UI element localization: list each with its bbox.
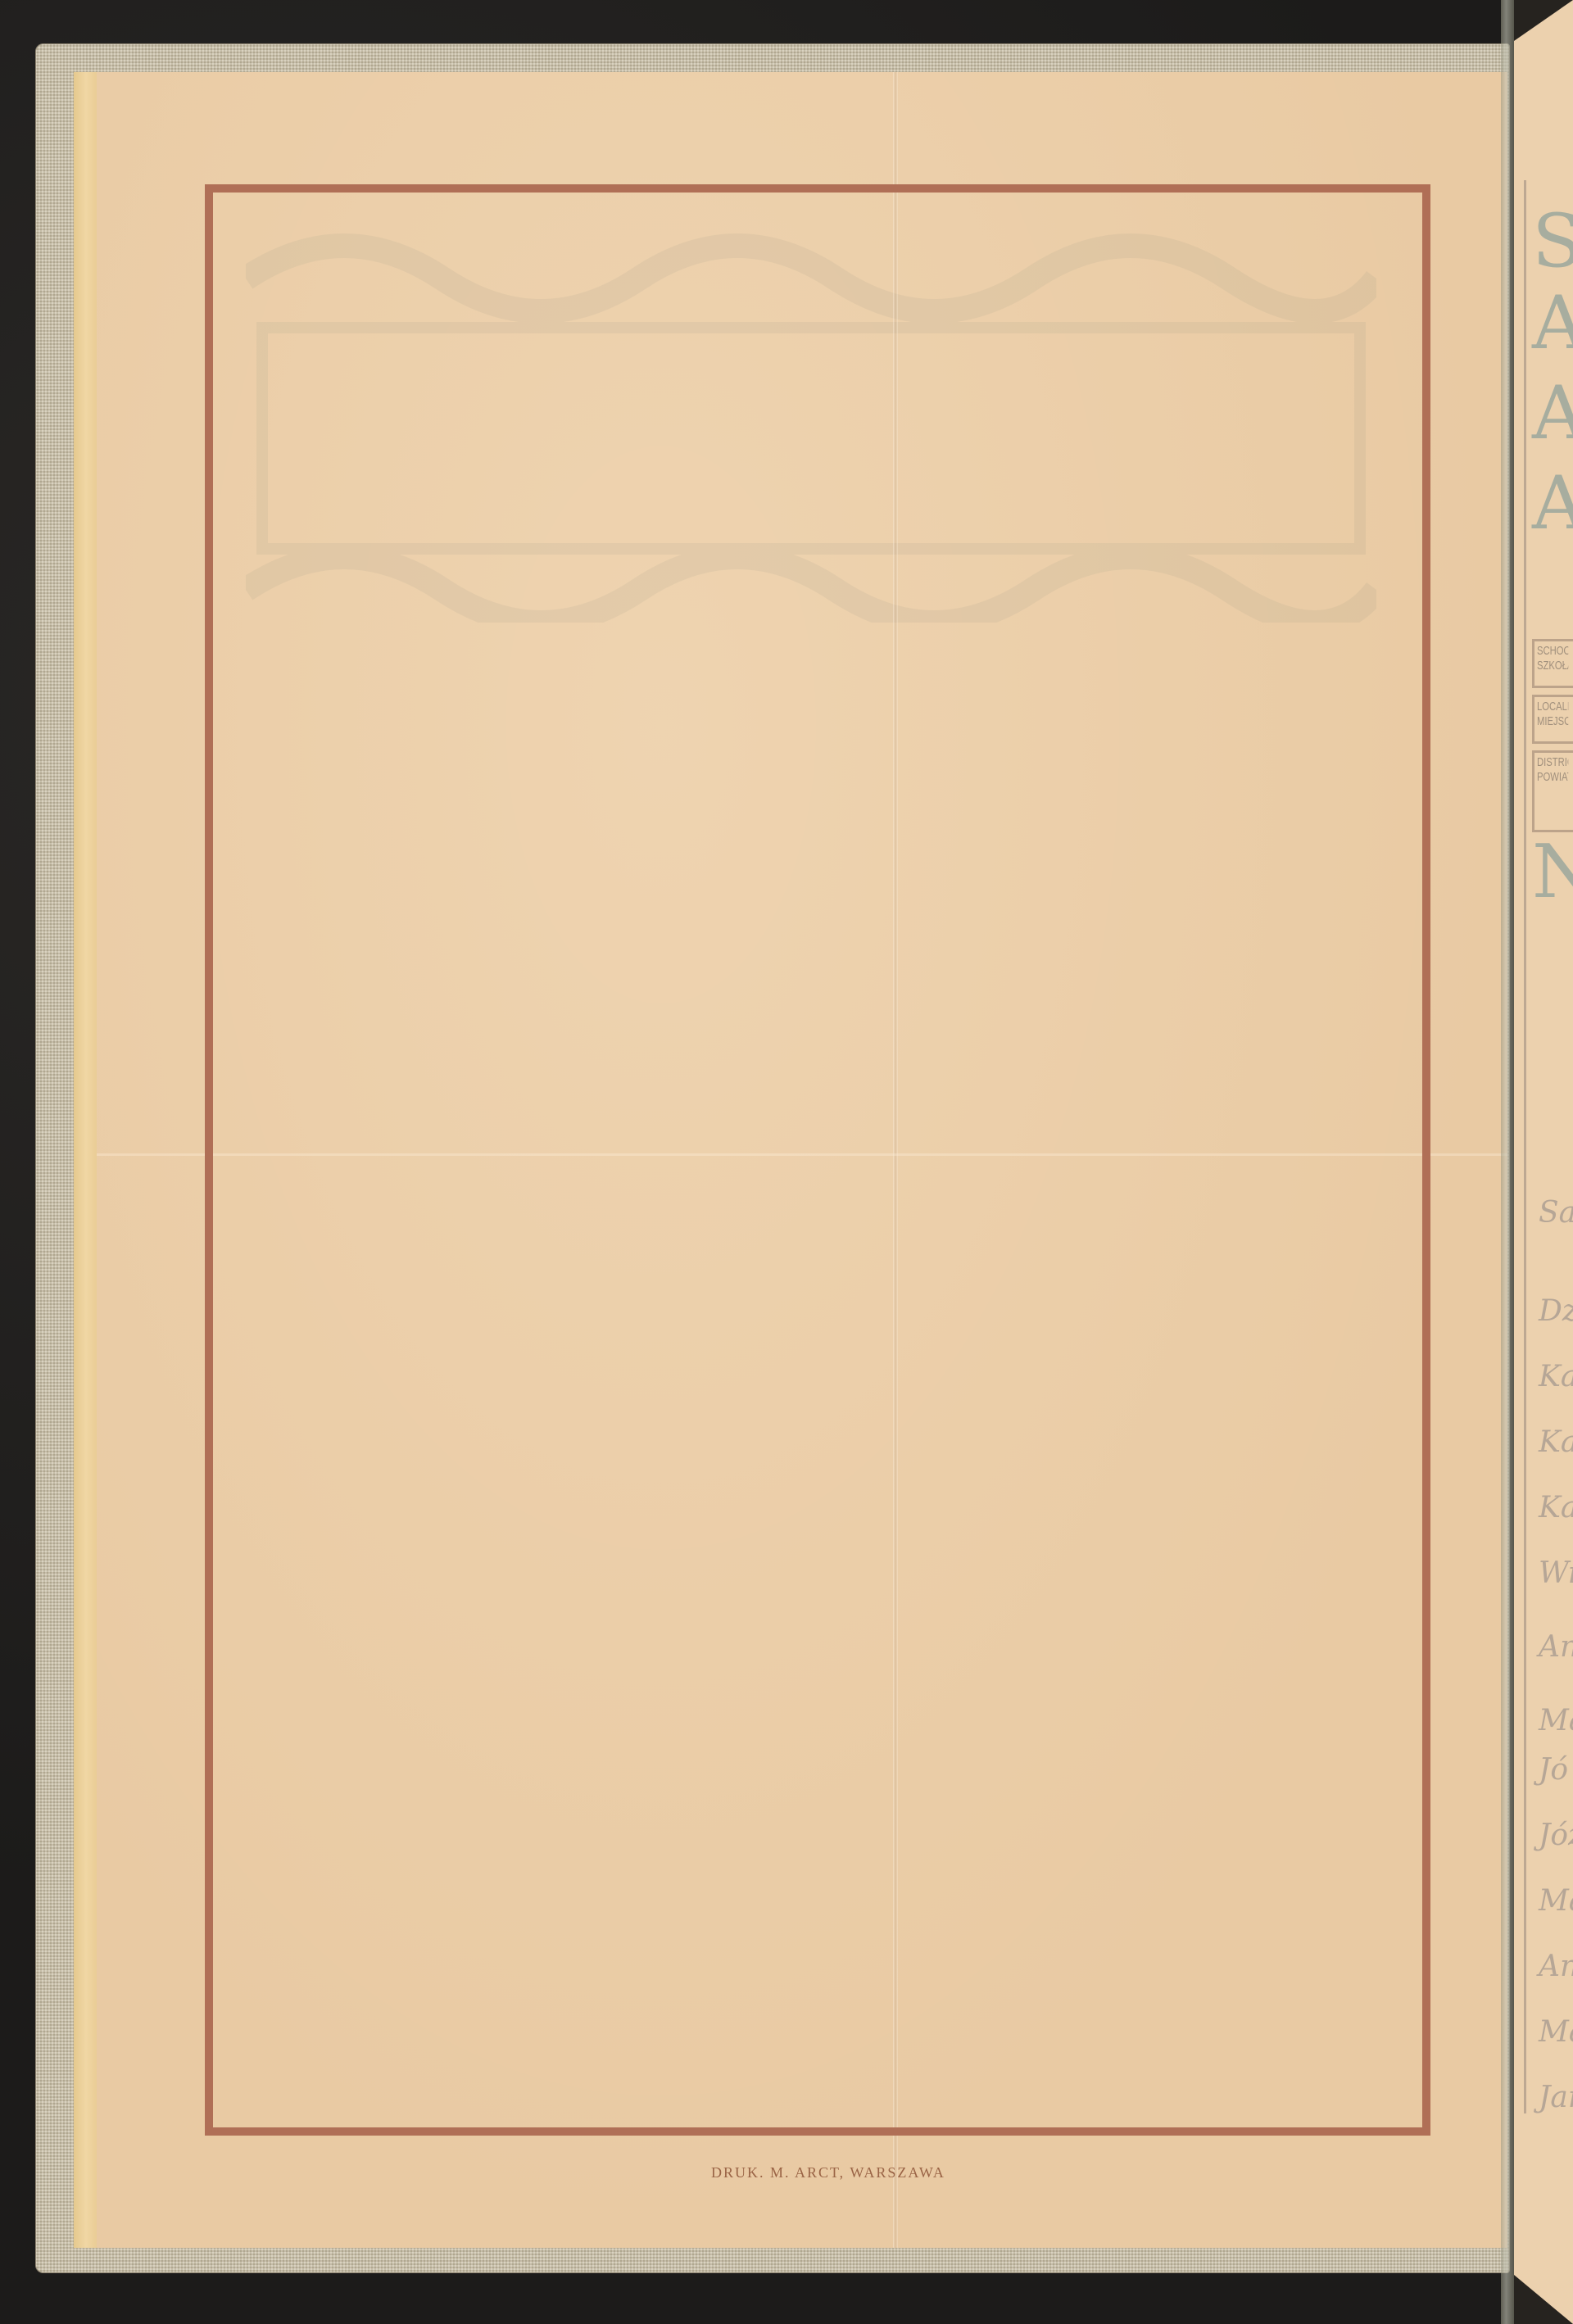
label-locality: LOCALIT MIEJSCO bbox=[1532, 695, 1573, 744]
handwritten-entry: Maryj bbox=[1539, 1704, 1573, 1737]
glass-plate-edge bbox=[1501, 0, 1514, 2324]
handwritten-entry: Mar bbox=[1539, 2015, 1573, 2049]
ornament-letter-icon: A bbox=[1532, 287, 1573, 360]
page-edges bbox=[74, 72, 98, 2248]
handwritten-entry: Karol bbox=[1539, 1360, 1573, 1393]
ornament-letter-icon: N bbox=[1532, 836, 1573, 909]
handwritten-entry: An bbox=[1539, 1630, 1573, 1664]
handwritten-entry: Mary bbox=[1539, 1884, 1573, 1918]
handwritten-entry: Jó bbox=[1539, 1753, 1568, 1787]
handwritten-entry: Wikt bbox=[1539, 1556, 1573, 1590]
right-page-corner-shadow-bottom bbox=[1514, 2242, 1573, 2324]
ornament-letter-icon: S bbox=[1532, 205, 1573, 279]
label-district: DISTRIC POWIAT bbox=[1532, 750, 1573, 832]
right-page-partial: S A A A SCHOOL- SZKOŁA- LOCALIT MIEJSCO … bbox=[1514, 0, 1573, 2324]
handwritten-entry: Sa bbox=[1539, 1196, 1573, 1230]
ornament-letter-icon: A bbox=[1532, 467, 1573, 541]
handwritten-entry: Józefa bbox=[1539, 1819, 1573, 1852]
handwritten-entry: Ant bbox=[1539, 1950, 1573, 1983]
handwritten-entry: Dzie bbox=[1539, 1294, 1573, 1328]
ornament-letter-icon: A bbox=[1532, 377, 1573, 451]
handwritten-entry: Jan bbox=[1539, 2081, 1573, 2114]
label-school: SCHOOL- SZKOŁA- bbox=[1532, 639, 1573, 688]
right-page-corner-shadow-top bbox=[1514, 0, 1573, 41]
decorative-border-frame bbox=[205, 184, 1430, 2136]
imprint-text: DRUK. M. ARCT, WARSZAWA bbox=[711, 2164, 945, 2181]
handwritten-entry: Katar bbox=[1539, 1491, 1573, 1524]
handwritten-entry: Katar bbox=[1539, 1425, 1573, 1459]
